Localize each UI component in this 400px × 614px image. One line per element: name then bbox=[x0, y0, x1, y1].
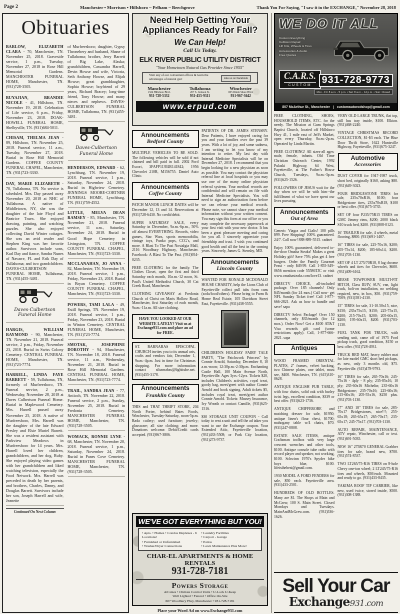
elk-brand-tagline: "Your Hometown Natural Gas Provider Sinc… bbox=[136, 65, 264, 70]
charel-headline: WE'VE GOT EVERYTHING BUT YOU! bbox=[136, 516, 264, 527]
obituary-entry: HENDERSON, EDWARD - 62, Lynchburg, TN. N… bbox=[68, 165, 126, 208]
word-ad-footer: Place your Word Ad on www.Exchange931.co… bbox=[132, 608, 268, 613]
classified-ad: FOLLOWERS OF JESUS wait for the day when… bbox=[274, 186, 335, 205]
classified-ad: TWO LT265/75-R16 TIRES on 8-hole Chevy o… bbox=[338, 462, 399, 481]
obituary-entry: HARGIS, WILLIAM RAYMOND - 90, Manchester… bbox=[6, 327, 64, 370]
classified-ad: THIS and THAT THRIFT STORE, 204 North Po… bbox=[132, 405, 199, 437]
section-header: AnnouncementsLincoln County bbox=[202, 257, 269, 275]
classified-ad: 17" AND 18" TIRES for sale, 285-70x17 Br… bbox=[338, 406, 399, 425]
region-list: Manchester • Morrison • Hillsboro ~ Pelh… bbox=[80, 5, 195, 10]
right-column-group: WE DO IT ALL Custom EverythingCollision … bbox=[271, 13, 398, 613]
obituary-entry: SMOTAK, JOSEPHINE DOROTHY - 94, Manchest… bbox=[68, 342, 126, 385]
daves-culbertson-logo: Daves-Culbertson Funeral Home bbox=[68, 125, 126, 161]
elk-headline: Need Help Getting Your Appliances Ready … bbox=[136, 16, 264, 35]
classified-ad: FREE CLOTHING for the family. The Clothe… bbox=[132, 266, 199, 289]
classified-ad: $30 STORAGE UNIT COUPON - Call today to … bbox=[202, 415, 269, 443]
charel-features-right: • Laundry Facilities• Carport - Garage• … bbox=[201, 531, 258, 549]
obituary-entry: HARRELL, LINDA FAYE BARRETT - 59, Tullah… bbox=[6, 372, 64, 505]
obituary-entry: CHISAM, THELMA JEAN - 89, Hillsboro, TN.… bbox=[6, 135, 64, 178]
section-header: AnnouncementsBedford County bbox=[132, 130, 199, 148]
cars-address: 807 McArthur St., Manchester bbox=[282, 105, 330, 109]
classifieds-column-automotive: VERY OLD LARGE TRUNK, flat top, still ha… bbox=[338, 114, 399, 570]
classified-ad: TRUCK BED MAT, heavy rubber mat for late… bbox=[338, 353, 399, 372]
classified-ad: VINTAGE CHRISTMAS RECORD COLLECTION, $1-… bbox=[338, 131, 399, 150]
elk-office-tullahoma: Tullahoma 207 S. Jackson St. 931-455-931… bbox=[181, 86, 219, 98]
elk-website-bar: www.erpud.com bbox=[136, 101, 264, 112]
classified-ad: Generic Viagra and Cialis! 100 pills $99… bbox=[274, 229, 335, 243]
cars-address-bar: 807 McArthur St., Manchester | customaut… bbox=[275, 103, 397, 110]
section-header: AutomotiveAccessories bbox=[338, 153, 399, 171]
elk-we-can-help: We Can Help! bbox=[136, 38, 264, 47]
classified-ad: 1930 MODEL A FORD FENDERS for sale, $50 … bbox=[274, 474, 335, 488]
classified-ad: DIRECTV CHOICE, all-included package. Ov… bbox=[274, 282, 335, 310]
elk-offices: Manchester 1324 Hillsboro Blvd. 931-728-… bbox=[140, 86, 260, 98]
classified-ad: DUST COVER for 1947-1987 truck, short be… bbox=[338, 174, 399, 188]
cars-services-list: Custom EverythingCollision RepairLift Ki… bbox=[279, 36, 331, 57]
funeral-home-logo-caption: Daves-Culbertson Funeral Home bbox=[6, 308, 64, 319]
obituary-entry: DAY, MARIE ELIZABETH - 70, Tullahoma, TN… bbox=[6, 181, 64, 284]
charel-features-left: • Apts. • Homes • Condos Duplexes - 6 Lo… bbox=[142, 531, 199, 549]
classified-ad: 16" TIRES for sale, 265-70x16; 245-75x16… bbox=[338, 375, 399, 403]
exchange-brand: Exchange931.com bbox=[274, 596, 398, 609]
funeral-home-logo-caption: Daves-Culbertson Funeral Home bbox=[68, 146, 126, 157]
newspaper-page: Page 2 Manchester • Morrison • Hillsboro… bbox=[0, 0, 400, 614]
obituary-entry: POWERS, TAMI LALA - 49, Estill Springs, … bbox=[68, 302, 126, 340]
classified-ad: FREE CLOTHING, SHOES, HOUSEHOLD ITEMS, E… bbox=[274, 114, 335, 146]
list-item: • Lawn Maintenance Plus More! bbox=[201, 544, 258, 549]
classifieds-column-bedford: AnnouncementsBedford CountyMULTIPLE VEHI… bbox=[132, 129, 199, 511]
classified-ad: MULTIPLE VEHICLES TO BE SOLD. The follow… bbox=[132, 151, 199, 179]
classified-ad: FOUR BRIDGESTONE TIRES for sale, 235x70x… bbox=[338, 192, 399, 211]
elk-visit-box: Visit any of our convenient offices & le… bbox=[142, 72, 258, 84]
section-header: Antiques bbox=[274, 344, 335, 356]
boxed-notice: HAVE YOU LOOKED AT OUR WEBSITE LATELY? V… bbox=[132, 314, 199, 339]
cars-custom-ad: WE DO IT ALL Custom EverythingCollision … bbox=[274, 13, 398, 111]
obituary-entry: TRAIL, SANDRA JEAN - 77, Antioch, TN. No… bbox=[68, 388, 126, 431]
classified-ad: SUPER SATURDAY SALE, every Saturday in D… bbox=[132, 221, 199, 263]
obituary-entry: MCCLANAHAN, JO ANNA - 82, Manchester, TN… bbox=[68, 261, 126, 299]
page-header: Page 2 Manchester • Morrison • Hillsboro… bbox=[0, 0, 400, 13]
charel-apartments-ad: WE'VE GOT EVERYTHING BUT YOU! • Apts. • … bbox=[132, 513, 268, 606]
list-item: • Apts. • Homes • Condos Duplexes - 6 Lo… bbox=[142, 531, 199, 540]
charel-phone: 931-728-7181 bbox=[136, 567, 264, 578]
charel-features: • Apts. • Homes • Condos Duplexes - 6 Lo… bbox=[138, 528, 262, 551]
powers-storage-line3: 607 Woodbury Hwy, Manchester • 931-728-7… bbox=[136, 599, 264, 603]
classified-ad: YAKIMA ROOF TIP CARRIER, like new, used … bbox=[338, 484, 399, 498]
classified-ad: PATIENTS OF DR. JAMES STENSBY. Dear Pati… bbox=[202, 129, 269, 254]
elk-call-us: Call Us Today. bbox=[136, 48, 264, 54]
classified-ad: PATCH MANOR LUNCH DATES will be December… bbox=[132, 203, 199, 217]
section-header: AnnouncementsOut of Area bbox=[274, 207, 335, 225]
obituaries-title: Obituaries bbox=[6, 17, 125, 40]
classified-ad: VERY OLD LARGE TRUNK, flat top, still ha… bbox=[338, 114, 399, 128]
obituary-entry: WOMACK, RONNIE LYNE - 68, Manchester, TN… bbox=[68, 434, 126, 477]
classified-ad: REESE TOWPOWER MULTI-FIT HITCH, Class II… bbox=[338, 278, 399, 301]
classified-ad: NEW 16" 275R70 GENERAL Grabber tires for… bbox=[338, 445, 399, 459]
elk-office-winchester: Winchester 605 Dinah Shore Blvd. 931-967… bbox=[222, 86, 260, 98]
powers-storage-name: Powers Storage bbox=[136, 579, 264, 590]
classified-ad: ANTIQUE ENGLISH PUB TABLE, with four cha… bbox=[274, 385, 335, 404]
obituary-continuation: of Murfreesboro; daughter, Gypsy Throneb… bbox=[68, 44, 126, 122]
classified-ad: DIRECTV Select Package! Over 150 channel… bbox=[274, 313, 335, 341]
classified-ad: FUEL TANK FOR TRUCK, with sending unit, … bbox=[338, 331, 399, 350]
cars-hours: Mon - Fri: 8 a.m. - 5 p.m. • Sat: 8 a.m.… bbox=[314, 89, 393, 95]
obituary-column-2: of Murfreesboro; daughter, Gypsy Throneb… bbox=[68, 44, 126, 514]
classifieds-column-outofarea: FREE CLOTHING, SHOES, HOUSEHOLD ITEMS, E… bbox=[274, 114, 335, 570]
classified-ad: SET OF 4 LT 275/70R18, 8 lug chrome whee… bbox=[338, 261, 399, 275]
daves-culbertson-logo: Daves-Culbertson Funeral Home bbox=[6, 287, 64, 323]
elk-office-manchester: Manchester 1324 Hillsboro Blvd. 931-728-… bbox=[140, 86, 178, 98]
obituary-entry: LITTLE, MELVA DEAN RAMSEY - 85, Manchest… bbox=[68, 210, 126, 258]
classified-ad: 16' TRAILER for sale, 4 wheels, metal fl… bbox=[338, 231, 399, 240]
classified-ad: WOOD FRAMED ORIENTAL PLATES, 2" frames, … bbox=[274, 359, 335, 382]
obituary-column-1: BARLOW, ELIZABETH CLARA - 70, Manchester… bbox=[6, 44, 64, 514]
masthead-tagline: Thank You For Saying, "I saw it in the E… bbox=[257, 5, 396, 10]
sell-your-car-ad: Sell Your Car Exchange931.com bbox=[274, 572, 398, 613]
page-number: Page 2 bbox=[4, 5, 18, 10]
page-body: Obituaries BARLOW, ELIZABETH CLARA - 70,… bbox=[0, 13, 400, 613]
obituaries-section: Obituaries BARLOW, ELIZABETH CLARA - 70,… bbox=[2, 13, 129, 613]
classified-ad: CLOTHING GIVEAWAY at Fredonia Church of … bbox=[132, 292, 199, 311]
classified-ad: FREE CLOTHING! All sizes-all ages: male,… bbox=[274, 150, 335, 182]
classified-ad: ESTATE SALE ITEMS, antique Craftsman too… bbox=[274, 434, 335, 471]
classified-ad: WANTED FOR RONALD MCDONALD HOUSE CHARITY… bbox=[202, 278, 269, 306]
boxed-notice: ST. BARNABAS EPISCOPAL CHURCH invites yo… bbox=[132, 342, 199, 380]
section-header: AnnouncementsFranklin County bbox=[132, 384, 199, 402]
list-item: • Washer/Dryer Connections bbox=[142, 544, 199, 549]
truck-photo bbox=[329, 28, 395, 67]
facebook-like-button: Like us on Facebook bbox=[221, 75, 251, 82]
section-header: AnnouncementsCoffee County bbox=[132, 182, 199, 200]
elk-visit-text: Visit any of our convenient offices & le… bbox=[149, 74, 219, 82]
obituary-entry: BARLOW, ELIZABETH CLARA - 70, Manchester… bbox=[6, 44, 64, 92]
classified-ad: SET OF four P235/75R15 TIRES on GMC Jimm… bbox=[338, 213, 399, 227]
obituary-entry: BUYAJIAN, BRANDIE NICOLE - 41, Hillsboro… bbox=[6, 95, 64, 133]
classified-ad: ANTIQUE CHIFFEROBE and matching dresser … bbox=[274, 407, 335, 430]
continued-note: Continued On Next Column bbox=[6, 508, 64, 514]
elk-brand-name: ELK RIVER PUBLIC UTILITY DISTRICT bbox=[136, 57, 264, 64]
middle-column-group: Need Help Getting Your Appliances Ready … bbox=[132, 13, 268, 613]
sell-your-car-headline: Sell Your Car bbox=[274, 577, 398, 596]
charel-business-name: CHAR-EL APARTMENTS & HOME RENTALS bbox=[136, 553, 264, 567]
list-item: Free Quotes bbox=[279, 53, 331, 57]
classifieds-column-stensby: PATIENTS OF DR. JAMES STENSBY. Dear Pati… bbox=[202, 129, 269, 511]
classified-ad: AUTO REPAIR, MAINTENANCE, ATV repair, Wi… bbox=[338, 428, 399, 442]
elk-river-ad: Need Help Getting Your Appliances Ready … bbox=[132, 13, 268, 126]
cars-email: customautorodshop@gmail.com bbox=[337, 105, 390, 109]
cars-phone: 931-728-9773 bbox=[319, 74, 393, 87]
classified-ad: HUNDREDS OF OLD BOTTLES. Many are $1. Th… bbox=[274, 491, 335, 519]
classified-ad: 15" TIRES for sale, 31-10.50x15, nice, $… bbox=[338, 304, 399, 327]
book-cover-image bbox=[221, 310, 249, 348]
cars-logo: C.A.R.S. CUSTOM bbox=[279, 70, 321, 89]
classified-ad: Enjoy 100% guaranteed, delivered to-the-… bbox=[274, 246, 335, 278]
classified-ad: 16" TIRES for sale, 225-70x16, $200; 205… bbox=[338, 243, 399, 257]
classified-ad: CHILDREN'S HOLIDAY FAIRY TALE PARTY, "Th… bbox=[202, 351, 269, 411]
